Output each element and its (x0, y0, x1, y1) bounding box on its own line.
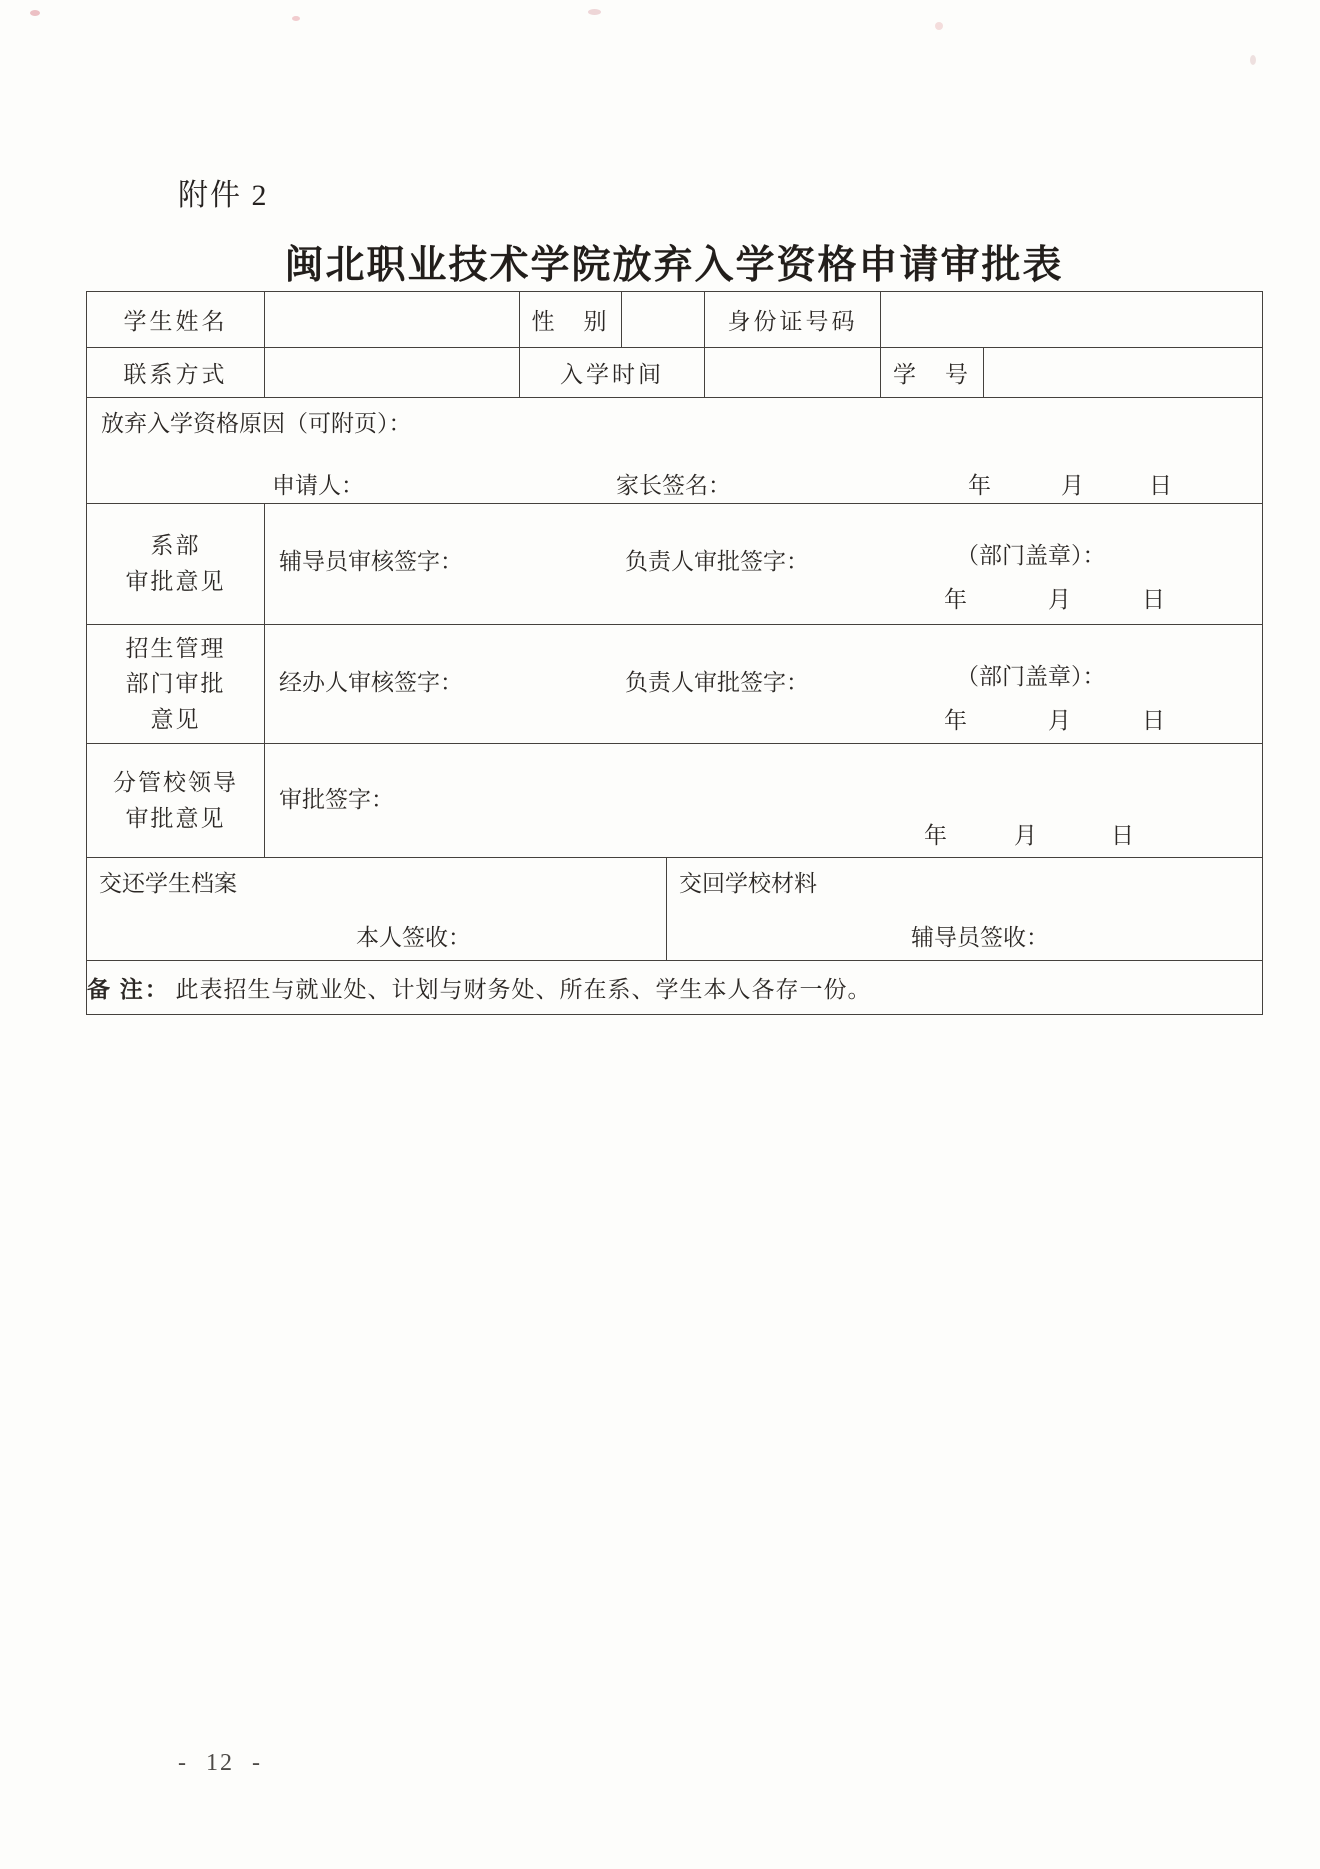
table-row: 联系方式 入学时间 学 号 (87, 348, 1263, 398)
dept-seal-label: （部门盖章）： (956, 542, 1106, 570)
return-materials-label: 交回学校材料 (679, 870, 817, 898)
admission-approval-header: 招生管理 部门审批 意见 (87, 625, 265, 744)
id-number-value (881, 292, 1263, 348)
return-archives-label: 交还学生档案 (99, 870, 237, 898)
scan-artifact (935, 22, 943, 30)
counselor-receipt-label: 辅导员签收： (911, 924, 1049, 952)
leader-sign-label: 负责人审批签字： (625, 548, 809, 576)
scanned-form-page: 附件 2 闽北职业技术学院放弃入学资格申请审批表 学生姓名 性 别 身份证号码 … (0, 0, 1320, 1869)
application-table: 学生姓名 性 别 身份证号码 联系方式 入学时间 学 号 放弃入学资格原因（可附… (86, 291, 1263, 1015)
table-row: 分管校领导 审批意见 审批签字： 年 月 日 (87, 744, 1263, 858)
id-number-label: 身份证号码 (705, 292, 881, 348)
scan-artifact (292, 16, 300, 21)
table-row: 交还学生档案 本人签收： 交回学校材料 辅导员签收： (87, 858, 1263, 961)
admission-approval-header-line: 招生管理 (87, 631, 264, 667)
date-year: 年 (968, 472, 991, 500)
gender-value (622, 292, 705, 348)
table-row: 学生姓名 性 别 身份证号码 (87, 292, 1263, 348)
student-id-value (984, 348, 1263, 398)
date-month: 月 (1048, 707, 1071, 735)
remarks-label: 备 注： (87, 977, 170, 1002)
contact-label: 联系方式 (87, 348, 265, 398)
leader-sign-label: 负责人审批签字： (625, 669, 809, 697)
enrollment-time-label: 入学时间 (520, 348, 705, 398)
scan-artifact (30, 10, 40, 16)
reason-cell: 放弃入学资格原因（可附页）： 申请人： 家长签名： 年 月 日 (87, 398, 1263, 504)
admission-approval-header-line: 部门审批 (87, 666, 264, 702)
gender-label: 性 别 (520, 292, 622, 348)
school-leader-header: 分管校领导 审批意见 (87, 744, 265, 858)
attachment-label: 附件 2 (178, 170, 269, 214)
dept-approval-cell: 辅导员审核签字： 负责人审批签字： （部门盖章）： 年 月 日 (265, 504, 1263, 625)
date-day: 日 (1111, 822, 1134, 850)
table-row: 备 注： 此表招生与就业处、计划与财务处、所在系、学生本人各存一份。 (87, 961, 1263, 1015)
applicant-sign-label: 申请人： (272, 472, 364, 500)
school-leader-cell: 审批签字： 年 月 日 (265, 744, 1263, 858)
date-year: 年 (944, 586, 967, 614)
date-month: 月 (1014, 822, 1037, 850)
enrollment-time-value (705, 348, 881, 398)
date-month: 月 (1048, 586, 1071, 614)
table-row: 放弃入学资格原因（可附页）： 申请人： 家长签名： 年 月 日 (87, 398, 1263, 504)
dept-seal-label: （部门盖章）： (956, 663, 1106, 691)
self-receipt-label: 本人签收： (356, 924, 471, 952)
student-id-label: 学 号 (881, 348, 984, 398)
scan-artifact (1250, 55, 1256, 65)
dept-approval-header: 系部 审批意见 (87, 504, 265, 625)
date-month: 月 (1061, 472, 1084, 500)
parent-sign-label: 家长签名： (616, 472, 731, 500)
reason-label: 放弃入学资格原因（可附页）： (101, 410, 412, 438)
approval-sign-label: 审批签字： (279, 786, 394, 814)
remarks-cell: 备 注： 此表招生与就业处、计划与财务处、所在系、学生本人各存一份。 (87, 961, 1263, 1015)
admission-approval-cell: 经办人审核签字： 负责人审批签字： （部门盖章）： 年 月 日 (265, 625, 1263, 744)
handler-sign-label: 经办人审核签字： (279, 669, 463, 697)
dept-approval-header-line: 审批意见 (87, 564, 264, 600)
date-day: 日 (1142, 707, 1165, 735)
table-row: 系部 审批意见 辅导员审核签字： 负责人审批签字： （部门盖章）： 年 月 日 (87, 504, 1263, 625)
date-day: 日 (1142, 586, 1165, 614)
student-name-value (265, 292, 520, 348)
date-year: 年 (924, 822, 947, 850)
dept-approval-header-line: 系部 (87, 528, 264, 564)
scan-artifact (588, 9, 601, 15)
school-leader-header-line: 审批意见 (87, 801, 264, 837)
remarks-text: 此表招生与就业处、计划与财务处、所在系、学生本人各存一份。 (176, 977, 872, 1002)
counselor-sign-label: 辅导员审核签字： (279, 548, 463, 576)
date-year: 年 (944, 707, 967, 735)
return-archives-cell: 交还学生档案 本人签收： (87, 858, 667, 961)
table-row: 招生管理 部门审批 意见 经办人审核签字： 负责人审批签字： （部门盖章）： 年… (87, 625, 1263, 744)
return-materials-cell: 交回学校材料 辅导员签收： (667, 858, 1263, 961)
page-title: 闽北职业技术学院放弃入学资格申请审批表 (86, 234, 1262, 290)
admission-approval-header-line: 意见 (87, 702, 264, 738)
contact-value (265, 348, 520, 398)
student-name-label: 学生姓名 (87, 292, 265, 348)
page-number: - 12 - (178, 1750, 262, 1777)
school-leader-header-line: 分管校领导 (87, 765, 264, 801)
date-day: 日 (1149, 472, 1172, 500)
